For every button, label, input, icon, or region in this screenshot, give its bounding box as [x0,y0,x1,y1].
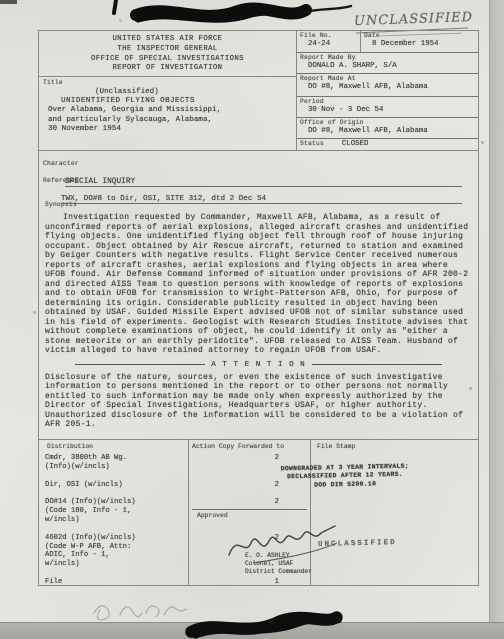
title-line: Over Alabama, Georgia and Mississippi, [48,106,292,115]
signature-name: E. O. ASHLEY [245,552,312,560]
origin-label: Office of Origin [300,119,475,126]
distribution-entry: Cmdr, 3800th AB Wg. (Info)(w/incls) 2 [45,454,283,472]
downgrade-stamp: DOWNGRADED AT 3 YEAR INTERVALS; DECLASSI… [250,462,440,491]
distribution-entry-text: 4602d (Info)(w/incls) (Code W-P AFB, Att… [45,534,235,569]
period-label: Period [300,98,475,105]
handwritten-unclassified: UNCLASSIFIED [354,10,474,29]
period-field: Period 30 Nov - 3 Dec 54 [297,97,478,118]
status-value: CLOSED [334,140,369,151]
status-label: Status [300,140,324,151]
distribution-header: Distribution [47,443,93,450]
signature-block: E. O. ASHLEY Colonel, USAF District Comm… [245,552,312,577]
office-of-origin-field: Office of Origin DO #8, Maxwell AFB, Ala… [297,118,478,139]
report-form: UNITED STATES AIR FORCE THE INSPECTOR GE… [38,30,479,586]
distribution-entry: Dir, OSI (w/incls) 2 [45,481,283,490]
agency-line: REPORT OF INVESTIGATION [39,64,296,74]
approved-rule [192,509,307,510]
synopsis-row: Synopsis Investigation requested by Comm… [39,191,478,439]
reference-row: Reference TWX, DO#8 to Dir, OSI, SITE 31… [39,168,478,191]
action-copy-header: Action Copy Forwarded to [192,443,284,450]
disclosure-text: Disclosure of the nature, sources, or ev… [45,373,472,430]
made-by-label: Report Made By [300,54,475,61]
synopsis-text: Investigation requested by Commander, Ma… [45,213,472,356]
character-label: Character [43,160,79,167]
form-top-section: UNITED STATES AIR FORCE THE INSPECTOR GE… [39,31,478,151]
report-made-at-field: Report Made At DO #8, Maxwell AFB, Alaba… [297,74,478,97]
agency-line: OFFICE OF SPECIAL INVESTIGATIONS [39,55,296,65]
made-at-value: DO #8, Maxwell AFB, Alabama [300,83,475,91]
file-no-date-row: File No. 24-24 Date 8 December 1954 [297,31,478,53]
attention-dash-left [75,364,205,365]
pencil-note [88,597,198,621]
file-stamp-header: File Stamp [317,443,355,450]
signature-role: District Commander [245,568,312,576]
scanned-document-page: UNCLASSIFIED UNITED STATES AIR FORCE THE… [0,0,504,639]
attention-dash-right [312,364,442,365]
agency-line: THE INSPECTOR GENERAL [39,45,296,55]
title-label: Title [43,79,292,86]
distribution-entry: File 1 [45,578,283,587]
distribution-entry-count: 2 [275,454,279,463]
title-block: Title (Unclassified) UNIDENTIFIED FLYING… [39,77,296,134]
distribution-entry-text: Dir, OSI (w/incls) [45,481,235,490]
origin-value: DO #8, Maxwell AFB, Alabama [300,127,475,135]
file-no-label: File No. [300,32,357,39]
scan-right-edge [489,0,504,639]
unclassified-stamp: UNCLASSIFIED [318,539,397,549]
made-by-value: DONALD A. SHARP, S/A [300,62,475,70]
scan-specks [0,0,1,1]
distribution-entry-text: File [45,578,235,587]
redaction-mark-bottom [184,608,345,639]
title-line: (Unclassified) [95,88,292,97]
form-left-column: UNITED STATES AIR FORCE THE INSPECTOR GE… [39,31,297,150]
period-value: 30 Nov - 3 Dec 54 [300,106,475,114]
attention-divider: A T T E N T I O N [75,361,442,369]
distribution-entry-text: Cmdr, 3800th AB Wg. (Info)(w/incls) [45,454,235,472]
title-line: and particularly Sylacauga, Alabama, [48,116,292,125]
signature-title: Colonel, USAF [245,560,312,568]
title-line: 30 November 1954 [48,125,292,134]
report-made-by-field: Report Made By DONALD A. SHARP, S/A [297,53,478,74]
approved-label: Approved [197,512,228,519]
agency-header: UNITED STATES AIR FORCE THE INSPECTOR GE… [39,31,296,77]
agency-line: UNITED STATES AIR FORCE [39,35,296,45]
date-value: 8 December 1954 [364,40,475,48]
distribution-entry-count: 1 [275,578,279,587]
reference-value: TWX, DO#8 to Dir, OSI, SITE 312, dtd 2 D… [61,195,462,204]
form-meta-column: File No. 24-24 Date 8 December 1954 Repo… [297,31,478,150]
reference-label: Reference [43,177,79,184]
date-label: Date [364,32,475,39]
file-no-value: 24-24 [300,40,357,48]
character-row: Character SPECIAL INQUIRY [39,151,478,168]
status-field: Status CLOSED [297,139,478,151]
redaction-mark-top [128,1,353,27]
file-no-field: File No. 24-24 [297,31,361,52]
distribution-entry-count: 2 [275,498,279,507]
stray-ink-tick [110,0,120,16]
distribution-table: Distribution Action Copy Forwarded to Fi… [39,439,478,585]
corner-mark [0,0,17,4]
attention-text: A T T E N T I O N [205,361,311,369]
made-at-label: Report Made At [300,75,475,82]
date-field: Date 8 December 1954 [361,31,478,52]
